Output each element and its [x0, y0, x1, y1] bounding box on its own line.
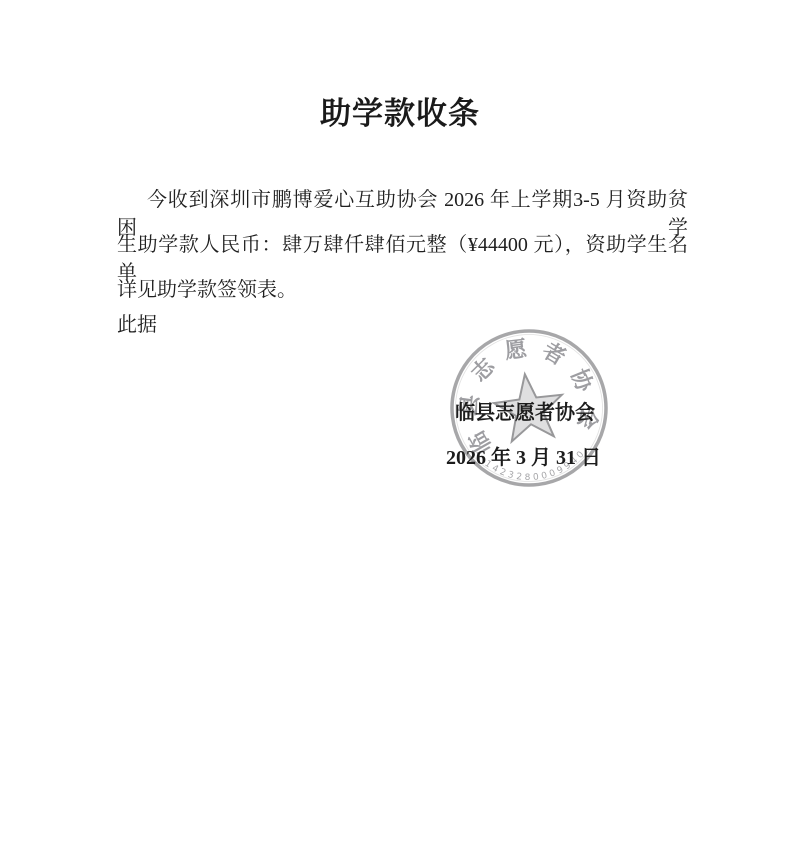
receipt-body-line-3: 详见助学款签领表。: [117, 276, 688, 304]
receipt-document-page: 助学款收条 今收到深圳市鹏博爱心互助协会 2026 年上学期3-5 月资助贫困学…: [0, 0, 800, 858]
signature-org-name: 临县志愿者协会: [455, 396, 595, 425]
document-title: 助学款收条: [0, 88, 800, 133]
signature-date: 2026 年 3 月 31 日: [446, 441, 601, 470]
